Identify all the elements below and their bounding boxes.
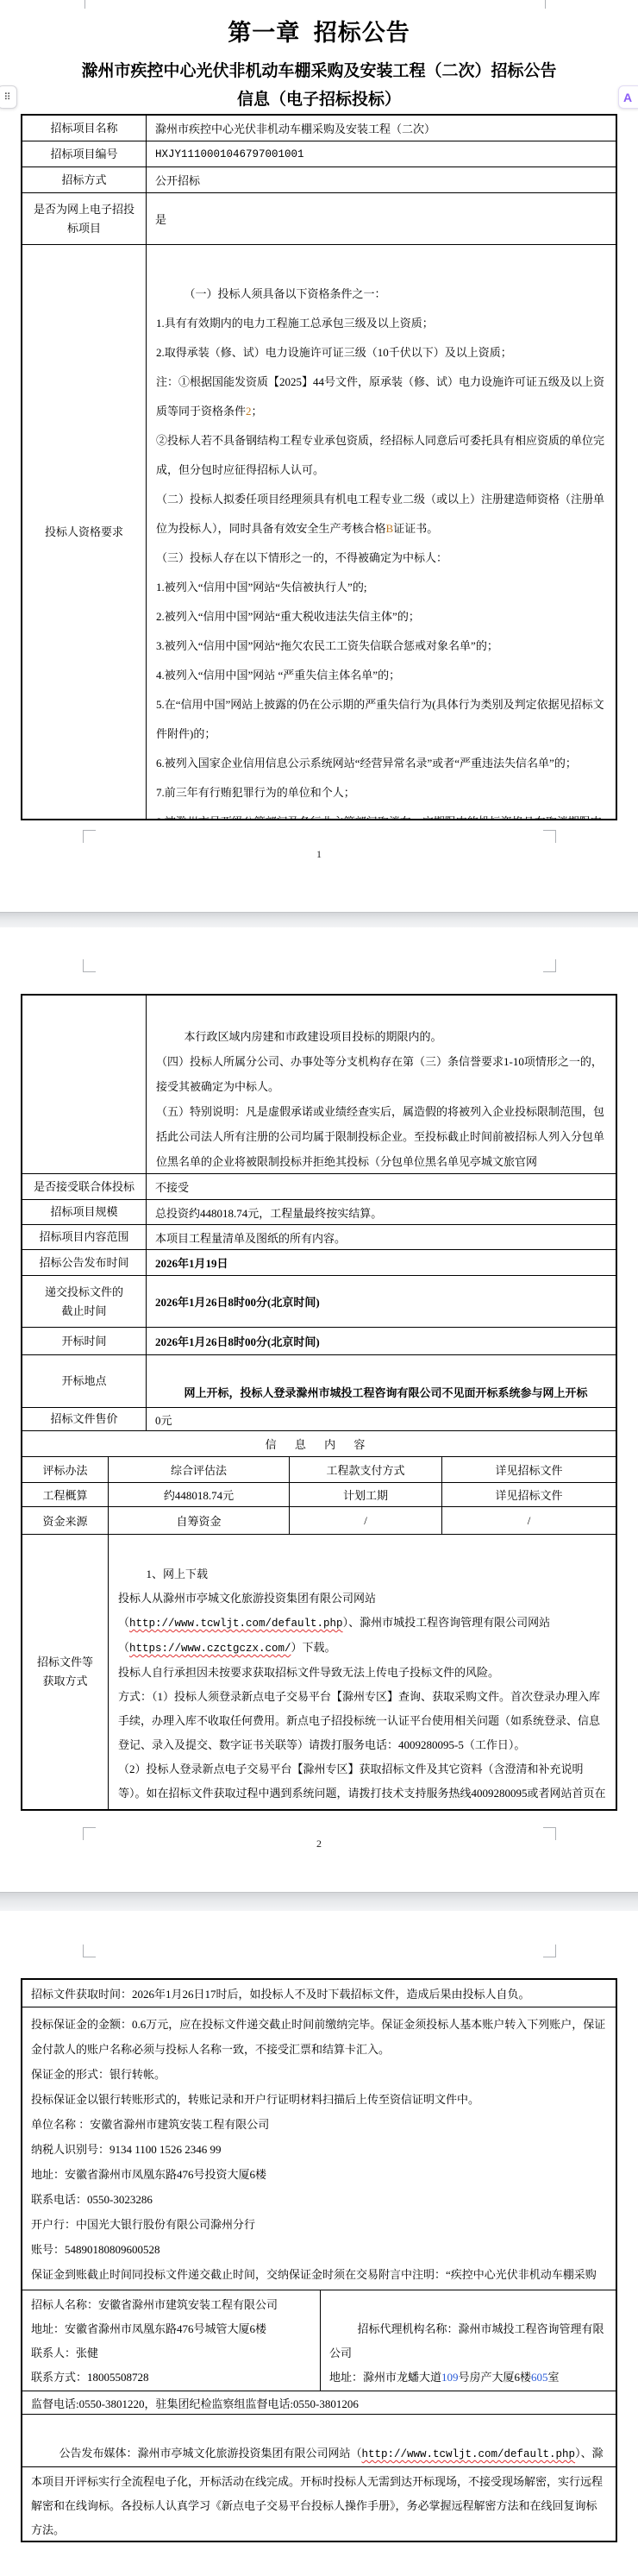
opening-datetime: 2026年1月26日8时00分(北京时间) (147, 1328, 616, 1354)
drag-handle-button[interactable]: ⠿ (0, 85, 17, 109)
venue-row: 开标地点 网上开标，投标人登录滁州市城投工程咨询有限公司不见面开标系统参与网上开… (22, 1355, 616, 1408)
obtain-text: 1、网上下载 投标人从滁州市亭城文化旅游投资集团有限公司网站（http://ww… (109, 1535, 616, 1809)
deposit-text: 投标保证金的金额：0.6万元，应在投标文件递交截止时间前缴纳完毕。保证金须投标人… (22, 2007, 616, 2290)
row-value: 本项目工程量清单及图纸的所有内容。 (147, 1225, 616, 1249)
info-header-row: 信 息 内 容 (22, 1431, 616, 1457)
margin-mark (543, 1945, 556, 1957)
margin-mark (83, 959, 96, 972)
row-value: 总投资约448018.74元，工程量最终按实结算。 (147, 1200, 616, 1224)
row-label: 招标项目规模 (22, 1200, 147, 1224)
file-obtain-time-row: 招标文件获取时间：2026年1月26日17时后，如投标人不及时下载招标文件，造成… (22, 1980, 616, 2007)
row-label: 招标文件等 获取方式 (22, 1535, 109, 1809)
qualification-row: 投标人资格要求 （一）投标人须具备以下资格条件之一： 1.具有有效期内的电力工程… (22, 245, 616, 819)
page-number: 2 (0, 1838, 638, 1850)
grid-cell: 约448018.74元 (109, 1483, 290, 1506)
margin-mark (83, 1945, 96, 1957)
assistant-a-icon: A (623, 91, 632, 104)
tcwljt-url: http://www.tcwljt.com/default.php (362, 2448, 576, 2460)
qualification-continued-text: 本行政区域内房建和市政建设项目投标的期限内的。 （四）投标人所属分公司、办事处等… (147, 996, 616, 1173)
table-row: 招标方式 公开招标 (22, 167, 616, 193)
grid-row: 评标办法 综合评估法 工程款支付方式 详见招标文件 (22, 1457, 616, 1483)
qual-text-part: （一）投标人须具备以下资格条件之一： 1.具有有效期内的电力工程施工总承包三级及… (156, 287, 604, 418)
margin-mark (83, 830, 96, 843)
page-1: 第一章 招标公告 滁州市疾控中心光伏非机动车棚采购及安装工程（二次）招标公告信息… (0, 0, 638, 912)
czctgczx-url: https://www.czctgczx.com/ (129, 1643, 291, 1655)
row-label: 招标项目内容范围 (22, 1225, 147, 1249)
grid-cell: 工程概算 (22, 1483, 109, 1506)
media-text: 公告发布媒体：滁州市亭城文化旅游投资集团有限公司网站（http://www.tc… (22, 2415, 616, 2466)
row-label: 投标人资格要求 (22, 245, 147, 819)
venue-text-part: 网上开标，投标人登录滁州市城投工程咨询有限公司不见面开标系统参与网上开标（网址： (156, 1386, 588, 1407)
row-value: 不接受 (147, 1174, 616, 1199)
qual-text-part: 证证书。 （三）投标人存在以下情形之一的，不得被确定为中标人： 1.被列入“信用… (156, 522, 604, 819)
file-obtain-time: 招标文件获取时间：2026年1月26日17时后，如投标人不及时下载招标文件，造成… (22, 1980, 616, 2007)
table-row: 递交投标文件的 截止时间 2026年1月26日8时00分(北京时间) (22, 1276, 616, 1328)
row-value: 是 (147, 193, 616, 244)
cont-text-part: 本行政区域内房建和市政建设项目投标的期限内的。 （四）投标人所属分公司、办事处等… (156, 1030, 604, 1168)
margin-mark (84, 0, 97, 9)
row-label: 招标公告发布时间 (22, 1250, 147, 1275)
row-value: HXJY1110001046797001001 (147, 141, 616, 166)
agency-contact: 招标代理机构名称：滁州市城投工程咨询管理有限公司 地址：滁州市龙蟠大道109号房… (321, 2290, 616, 2391)
deadline-datetime: 2026年1月26日8时00分(北京时间) (147, 1276, 616, 1327)
document-viewer: 第一章 招标公告 滁州市疾控中心光伏非机动车棚采购及安装工程（二次）招标公告信息… (0, 0, 638, 2576)
obtain-row: 招标文件等 获取方式 1、网上下载 投标人从滁州市亭城文化旅游投资集团有限公司网… (22, 1535, 616, 1809)
deposit-row: 投标保证金的金额：0.6万元，应在投标文件递交截止时间前缴纳完毕。保证金须投标人… (22, 2007, 616, 2290)
table-row: 招标项目编号 HXJY1110001046797001001 (22, 141, 616, 167)
grid-row: 资金来源 自筹资金 / / (22, 1507, 616, 1535)
drag-handle-icon: ⠿ (3, 91, 10, 103)
grid-cell: 综合评估法 (109, 1457, 290, 1482)
media-text-part: 公告发布媒体：滁州市亭城文化旅游投资集团有限公司网站（ (59, 2447, 362, 2460)
agency-room-number: 605 (531, 2371, 548, 2384)
bid-info-table: 招标项目名称 滁州市疾控中心光伏非机动车棚采购及安装工程（二次） 招标项目编号 … (21, 114, 617, 820)
table-row: 招标文件售价 0元 (22, 1408, 616, 1431)
bid-info-table-2: 本行政区域内房建和市政建设项目投标的期限内的。 （四）投标人所属分公司、办事处等… (21, 994, 617, 1811)
row-label: 递交投标文件的 截止时间 (22, 1276, 147, 1327)
row-label: 招标项目编号 (22, 141, 147, 166)
row-value: 0元 (147, 1408, 616, 1430)
grid-cell: 计划工期 (290, 1483, 442, 1506)
margin-mark (543, 830, 556, 843)
agency-street-number: 109 (441, 2371, 459, 2384)
grid-cell: 评标办法 (22, 1457, 109, 1482)
grid-row: 工程概算 约448018.74元 计划工期 详见招标文件 (22, 1483, 616, 1507)
tenderer-contact: 招标人名称：安徽省滁州市建筑安装工程有限公司 地址：安徽省滁州市凤凰东路476号… (22, 2290, 321, 2391)
page-2: 本行政区域内房建和市政建设项目投标的期限内的。 （四）投标人所属分公司、办事处等… (0, 927, 638, 1892)
chapter-title: 第一章 招标公告 (0, 14, 638, 47)
page-separator (0, 1892, 638, 1911)
tcwljt-url: http://www.tcwljt.com/default.php (129, 1618, 343, 1630)
obtain-text-part: ）下载。 投标人自行承担因未按要求获取招标文件导致无法上传电子投标文件的风险。 … (118, 1641, 606, 1809)
row-label: 开标时间 (22, 1328, 147, 1354)
e-bidding-notice-row: 本项目开评标实行全流程电子化，开标活动在线完成。开标时投标人无需到达开标现场，不… (22, 2467, 616, 2541)
supervision-phones: 监督电话:0550-3801220，驻集团纪检监察组监督电话:0550-3801… (22, 2391, 616, 2414)
row-label: 是否为网上电子招投 标项目 (22, 193, 147, 244)
table-row: 招标项目名称 滁州市疾控中心光伏非机动车棚采购及安装工程（二次） (22, 116, 616, 141)
grid-cell: 详见招标文件 (442, 1483, 616, 1506)
row-label: 招标项目名称 (22, 116, 147, 141)
announce-date: 2026年1月19日 (147, 1250, 616, 1275)
contacts-row: 招标人名称：安徽省滁州市建筑安装工程有限公司 地址：安徽省滁州市凤凰东路476号… (22, 2290, 616, 2391)
page-separator (0, 912, 638, 927)
row-label-empty (22, 996, 147, 1173)
grid-cell: 自筹资金 (109, 1507, 290, 1534)
row-label: 招标文件售价 (22, 1408, 147, 1430)
deposit-contact-table: 招标文件获取时间：2026年1月26日17时后，如投标人不及时下载招标文件，造成… (21, 1978, 617, 2542)
page-3: 招标文件获取时间：2026年1月26日17时后，如投标人不及时下载招标文件，造成… (0, 1911, 638, 2576)
qualification-text: （一）投标人须具备以下资格条件之一： 1.具有有效期内的电力工程施工总承包三级及… (147, 245, 616, 819)
margin-mark (533, 0, 546, 9)
media-row: 公告发布媒体：滁州市亭城文化旅游投资集团有限公司网站（http://www.tc… (22, 2415, 616, 2467)
grid-cell: / (442, 1507, 616, 1534)
grid-cell: 资金来源 (22, 1507, 109, 1534)
table-row: 招标公告发布时间 2026年1月19日 (22, 1250, 616, 1276)
row-label: 招标方式 (22, 167, 147, 192)
row-value: 滁州市疾控中心光伏非机动车棚采购及安装工程（二次） (147, 116, 616, 141)
table-row: 招标项目内容范围 本项目工程量清单及图纸的所有内容。 (22, 1225, 616, 1250)
assistant-button[interactable]: A (618, 85, 638, 109)
grid-cell: 工程款支付方式 (290, 1457, 442, 1482)
table-row: 是否为网上电子招投 标项目 是 (22, 193, 616, 245)
doc-subtitle: 滁州市疾控中心光伏非机动车棚采购及安装工程（二次）招标公告信息（电子招标投标） (78, 57, 560, 114)
supervision-row: 监督电话:0550-3801220，驻集团纪检监察组监督电话:0550-3801… (22, 2391, 616, 2415)
agency-text-part: 号房产大厦6楼 (459, 2371, 532, 2384)
qualification-continued-row: 本行政区域内房建和市政建设项目投标的期限内的。 （四）投标人所属分公司、办事处等… (22, 996, 616, 1174)
row-label: 是否接受联合体投标 (22, 1174, 147, 1199)
e-bidding-notice: 本项目开评标实行全流程电子化，开标活动在线完成。开标时投标人无需到达开标现场，不… (22, 2467, 616, 2541)
info-header: 信 息 内 容 (22, 1431, 616, 1456)
table-row: 开标时间 2026年1月26日8时00分(北京时间) (22, 1328, 616, 1355)
page-number: 1 (0, 848, 638, 861)
qual-highlight: B (386, 522, 394, 535)
row-label: 开标地点 (22, 1355, 147, 1407)
qual-text-part: ； ②投标人若不具备钢结构工程专业承包资质，经招标人同意后可委托具有相应资质的单… (156, 405, 604, 535)
row-value: 公开招标 (147, 167, 616, 192)
margin-mark (543, 959, 556, 972)
venue-text: 网上开标，投标人登录滁州市城投工程咨询有限公司不见面开标系统参与网上开标（网址：… (147, 1355, 616, 1407)
grid-cell: 详见招标文件 (442, 1457, 616, 1482)
table-row: 招标项目规模 总投资约448018.74元，工程量最终按实结算。 (22, 1200, 616, 1225)
grid-cell: / (290, 1507, 442, 1534)
table-row: 是否接受联合体投标 不接受 (22, 1174, 616, 1200)
